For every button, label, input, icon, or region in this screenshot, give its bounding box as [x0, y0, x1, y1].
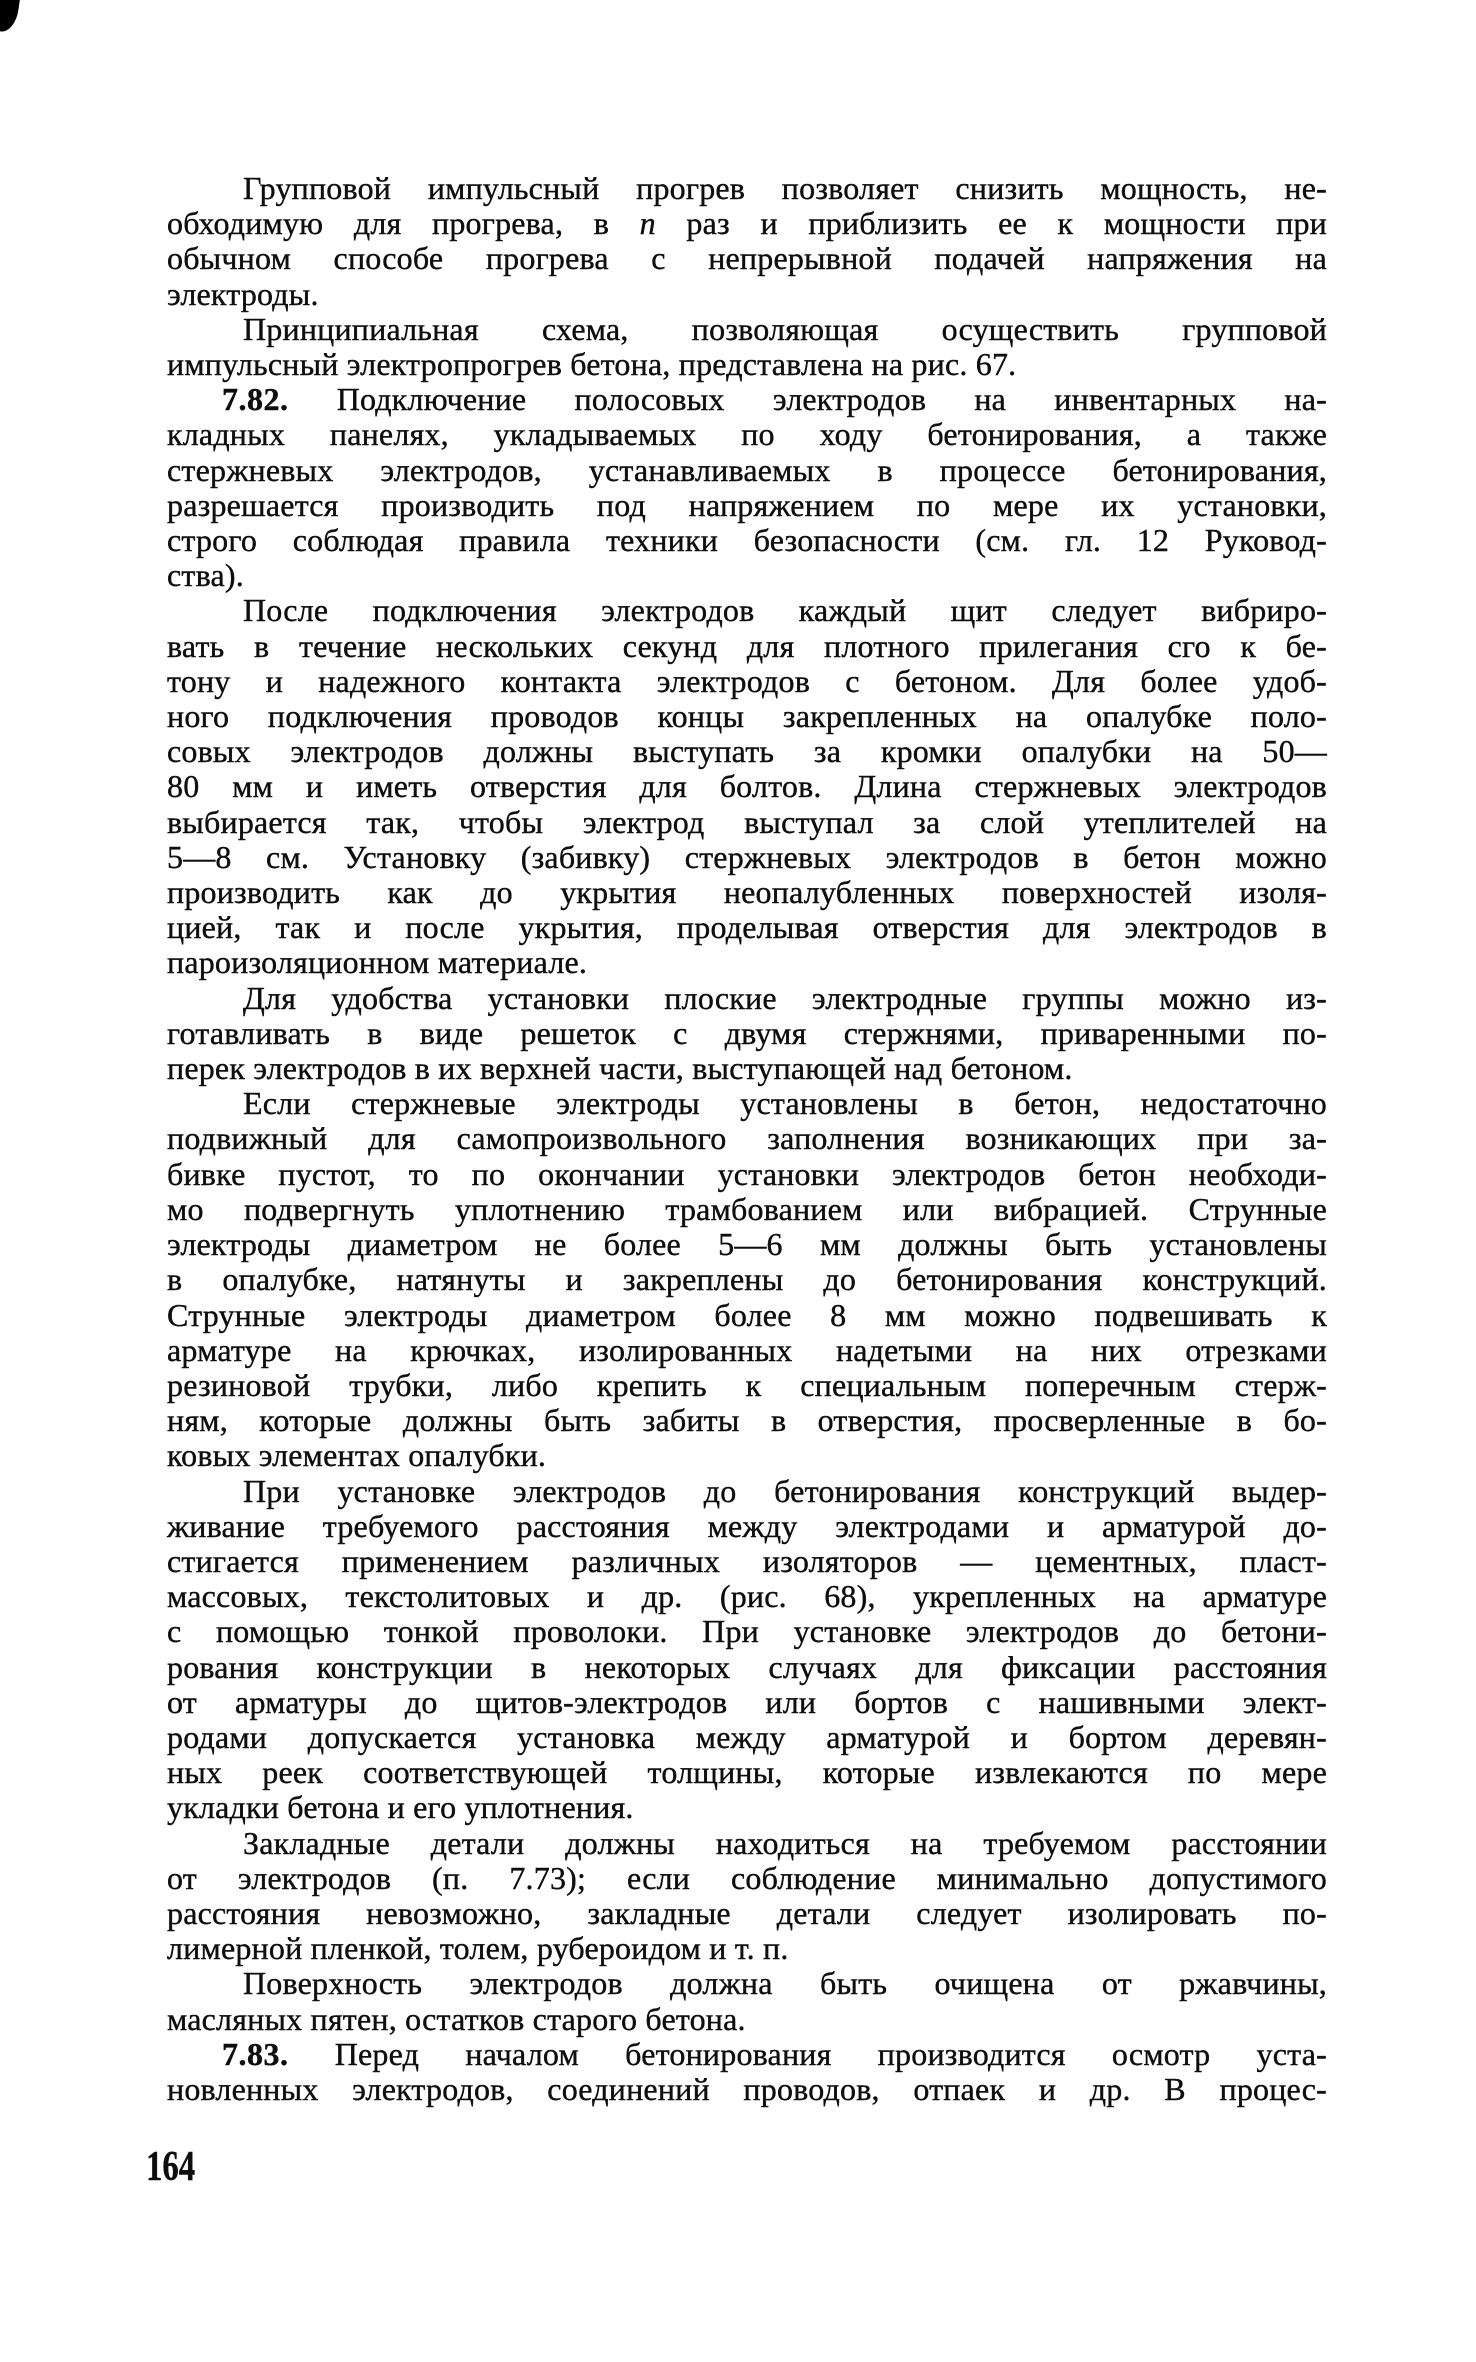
- text-line: вать в течение нескольких секунд для пло…: [167, 629, 1327, 664]
- text-line: строго соблюдая правила техники безопасн…: [167, 523, 1327, 558]
- text-line: тону и надежного контакта электродов с б…: [167, 664, 1327, 699]
- text-line: с помощью тонкой проволоки. При установк…: [167, 1614, 1327, 1649]
- text-line: массовых, текстолитовых и др. (рис. 68),…: [167, 1579, 1327, 1614]
- text-line: Если стержневые электроды установлены в …: [167, 1086, 1327, 1121]
- text-line: Закладные детали должны находиться на тр…: [167, 1826, 1327, 1861]
- text-line: импульсный электропрогрев бетона, предст…: [167, 347, 1327, 382]
- text-line: ных реек соответствующей толщины, которы…: [167, 1755, 1327, 1790]
- text-line: от арматуры до щитов-электродов или борт…: [167, 1685, 1327, 1720]
- text-line: 7.82. Подключение полосовых электродов н…: [167, 382, 1327, 417]
- text-line: Групповой импульсный прогрев позволяет с…: [167, 171, 1327, 206]
- text-block: Групповой импульсный прогрев позволяет с…: [167, 171, 1327, 2107]
- text-line: мо подвергнуть уплотнению трамбованием и…: [167, 1192, 1327, 1227]
- text-line: расстояния невозможно, закладные детали …: [167, 1896, 1327, 1931]
- text-line: арматуре на крючках, изолированных надет…: [167, 1333, 1327, 1368]
- text-line: совых электродов должны выступать за кро…: [167, 734, 1327, 769]
- text-line: электроды.: [167, 277, 1327, 312]
- text-line: бивке пустот, то по окончании установки …: [167, 1157, 1327, 1192]
- text-line: ного подключения проводов концы закрепле…: [167, 699, 1327, 734]
- text-line: рования конструкции в некоторых случаях …: [167, 1650, 1327, 1685]
- text-line: живание требуемого расстояния между элек…: [167, 1509, 1327, 1544]
- text-line: масляных пятен, остатков старого бетона.: [167, 2002, 1327, 2037]
- text-line: родами допускается установка между армат…: [167, 1720, 1327, 1755]
- text-line: подвижный для самопроизвольного заполнен…: [167, 1121, 1327, 1156]
- text-line: от электродов (п. 7.73); если соблюдение…: [167, 1861, 1327, 1896]
- text-line: При установке электродов до бетонировани…: [167, 1474, 1327, 1509]
- text-line: производить как до укрытия неопалубленны…: [167, 875, 1327, 910]
- text-line: перек электродов в их верхней части, выс…: [167, 1051, 1327, 1086]
- text-line: ства).: [167, 558, 1327, 593]
- text-line: в опалубке, натянуты и закреплены до бет…: [167, 1262, 1327, 1297]
- text-line: готавливать в виде решеток с двумя стерж…: [167, 1016, 1327, 1051]
- text-line: лимерной пленкой, толем, рубероидом и т.…: [167, 1931, 1327, 1966]
- scan-artifact: [0, 0, 21, 33]
- text-line: электроды диаметром не более 5—6 мм долж…: [167, 1227, 1327, 1262]
- text-line: обходимую для прогрева, в n раз и прибли…: [167, 206, 1327, 241]
- text-line: выбирается так, чтобы электрод выступал …: [167, 805, 1327, 840]
- text-line: обычном способе прогрева с непрерывной п…: [167, 241, 1327, 276]
- text-line: пароизоляционном материале.: [167, 945, 1327, 980]
- document-page: Групповой импульсный прогрев позволяет с…: [0, 0, 1476, 2362]
- page-number: 164: [146, 2143, 195, 2191]
- text-line: стигается применением различных изолятор…: [167, 1544, 1327, 1579]
- text-line: цией, так и после укрытия, проделывая от…: [167, 910, 1327, 945]
- text-line: Струнные электроды диаметром более 8 мм …: [167, 1298, 1327, 1333]
- text-line: стержневых электродов, устанавливаемых в…: [167, 453, 1327, 488]
- text-line: кладных панелях, укладываемых по ходу бе…: [167, 417, 1327, 452]
- text-line: ням, которые должны быть забиты в отверс…: [167, 1403, 1327, 1438]
- text-line: новленных электродов, соединений проводо…: [167, 2072, 1327, 2107]
- text-line: резиновой трубки, либо крепить к специал…: [167, 1368, 1327, 1403]
- text-line: Поверхность электродов должна быть очище…: [167, 1966, 1327, 2001]
- text-line: 80 мм и иметь отверстия для болтов. Длин…: [167, 769, 1327, 804]
- text-line: укладки бетона и его уплотнения.: [167, 1790, 1327, 1825]
- text-line: разрешается производить под напряжением …: [167, 488, 1327, 523]
- text-line: ковых элементах опалубки.: [167, 1438, 1327, 1473]
- text-line: Для удобства установки плоские электродн…: [167, 981, 1327, 1016]
- text-line: Принципиальная схема, позволяющая осущес…: [167, 312, 1327, 347]
- text-line: 7.83. Перед началом бетонирования произв…: [167, 2037, 1327, 2072]
- text-line: После подключения электродов каждый щит …: [167, 593, 1327, 628]
- text-line: 5—8 см. Установку (забивку) стержневых э…: [167, 840, 1327, 875]
